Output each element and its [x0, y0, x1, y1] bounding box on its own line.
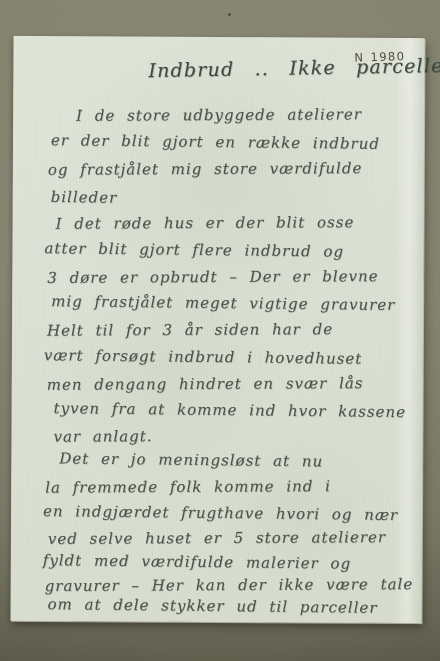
handwritten-line: atter blit gjort flere indbrud og: [44, 239, 344, 260]
handwritten-line: fyldt med værdifulde malerier og: [43, 551, 352, 572]
letter-heading: Indbrud .. Ikke parceller: [148, 55, 440, 82]
handwritten-line: var anlagt.: [53, 427, 152, 446]
photo-backdrop: N 1980 Indbrud .. Ikke parceller I de st…: [0, 0, 440, 661]
handwritten-line: er der blit gjort en række indbrud: [51, 131, 380, 153]
handwritten-line: I de store udbyggede atelierer: [76, 105, 362, 124]
handwritten-line: og frastjålet mig store værdifulde: [48, 159, 363, 179]
handwritten-line: la fremmede folk komme ind i: [45, 477, 331, 496]
handwritten-line: men dengang hindret en svær lås: [47, 374, 364, 394]
letter-page: N 1980 Indbrud .. Ikke parceller I de st…: [10, 36, 424, 623]
handwritten-line: ved selve huset er 5 store atelierer: [48, 528, 386, 548]
handwritten-line: mig frastjålet meget vigtige gravurer: [51, 292, 395, 314]
handwritten-line: Det er jo meningsløst at nu: [59, 449, 323, 470]
handwritten-line: tyven fra at komme ind hvor kassene: [53, 399, 406, 421]
handwritten-line: I det røde hus er der blit osse: [56, 213, 355, 233]
handwritten-line: Helt til for 3 år siden har de: [47, 320, 333, 339]
handwritten-line: om at dele stykker ud til parceller: [47, 595, 377, 617]
handwritten-line: gravurer – Her kan der ikke være tale: [45, 575, 414, 595]
handwritten-line: vært forsøgt indbrud i hovedhuset: [44, 346, 363, 368]
handwritten-line: billeder: [51, 188, 118, 207]
handwritten-line: en indgjærdet frugthave hvori og nær: [43, 502, 398, 524]
backdrop-speck: [228, 13, 231, 16]
handwritten-line: 3 døre er opbrudt – Der er blevne: [47, 267, 378, 287]
